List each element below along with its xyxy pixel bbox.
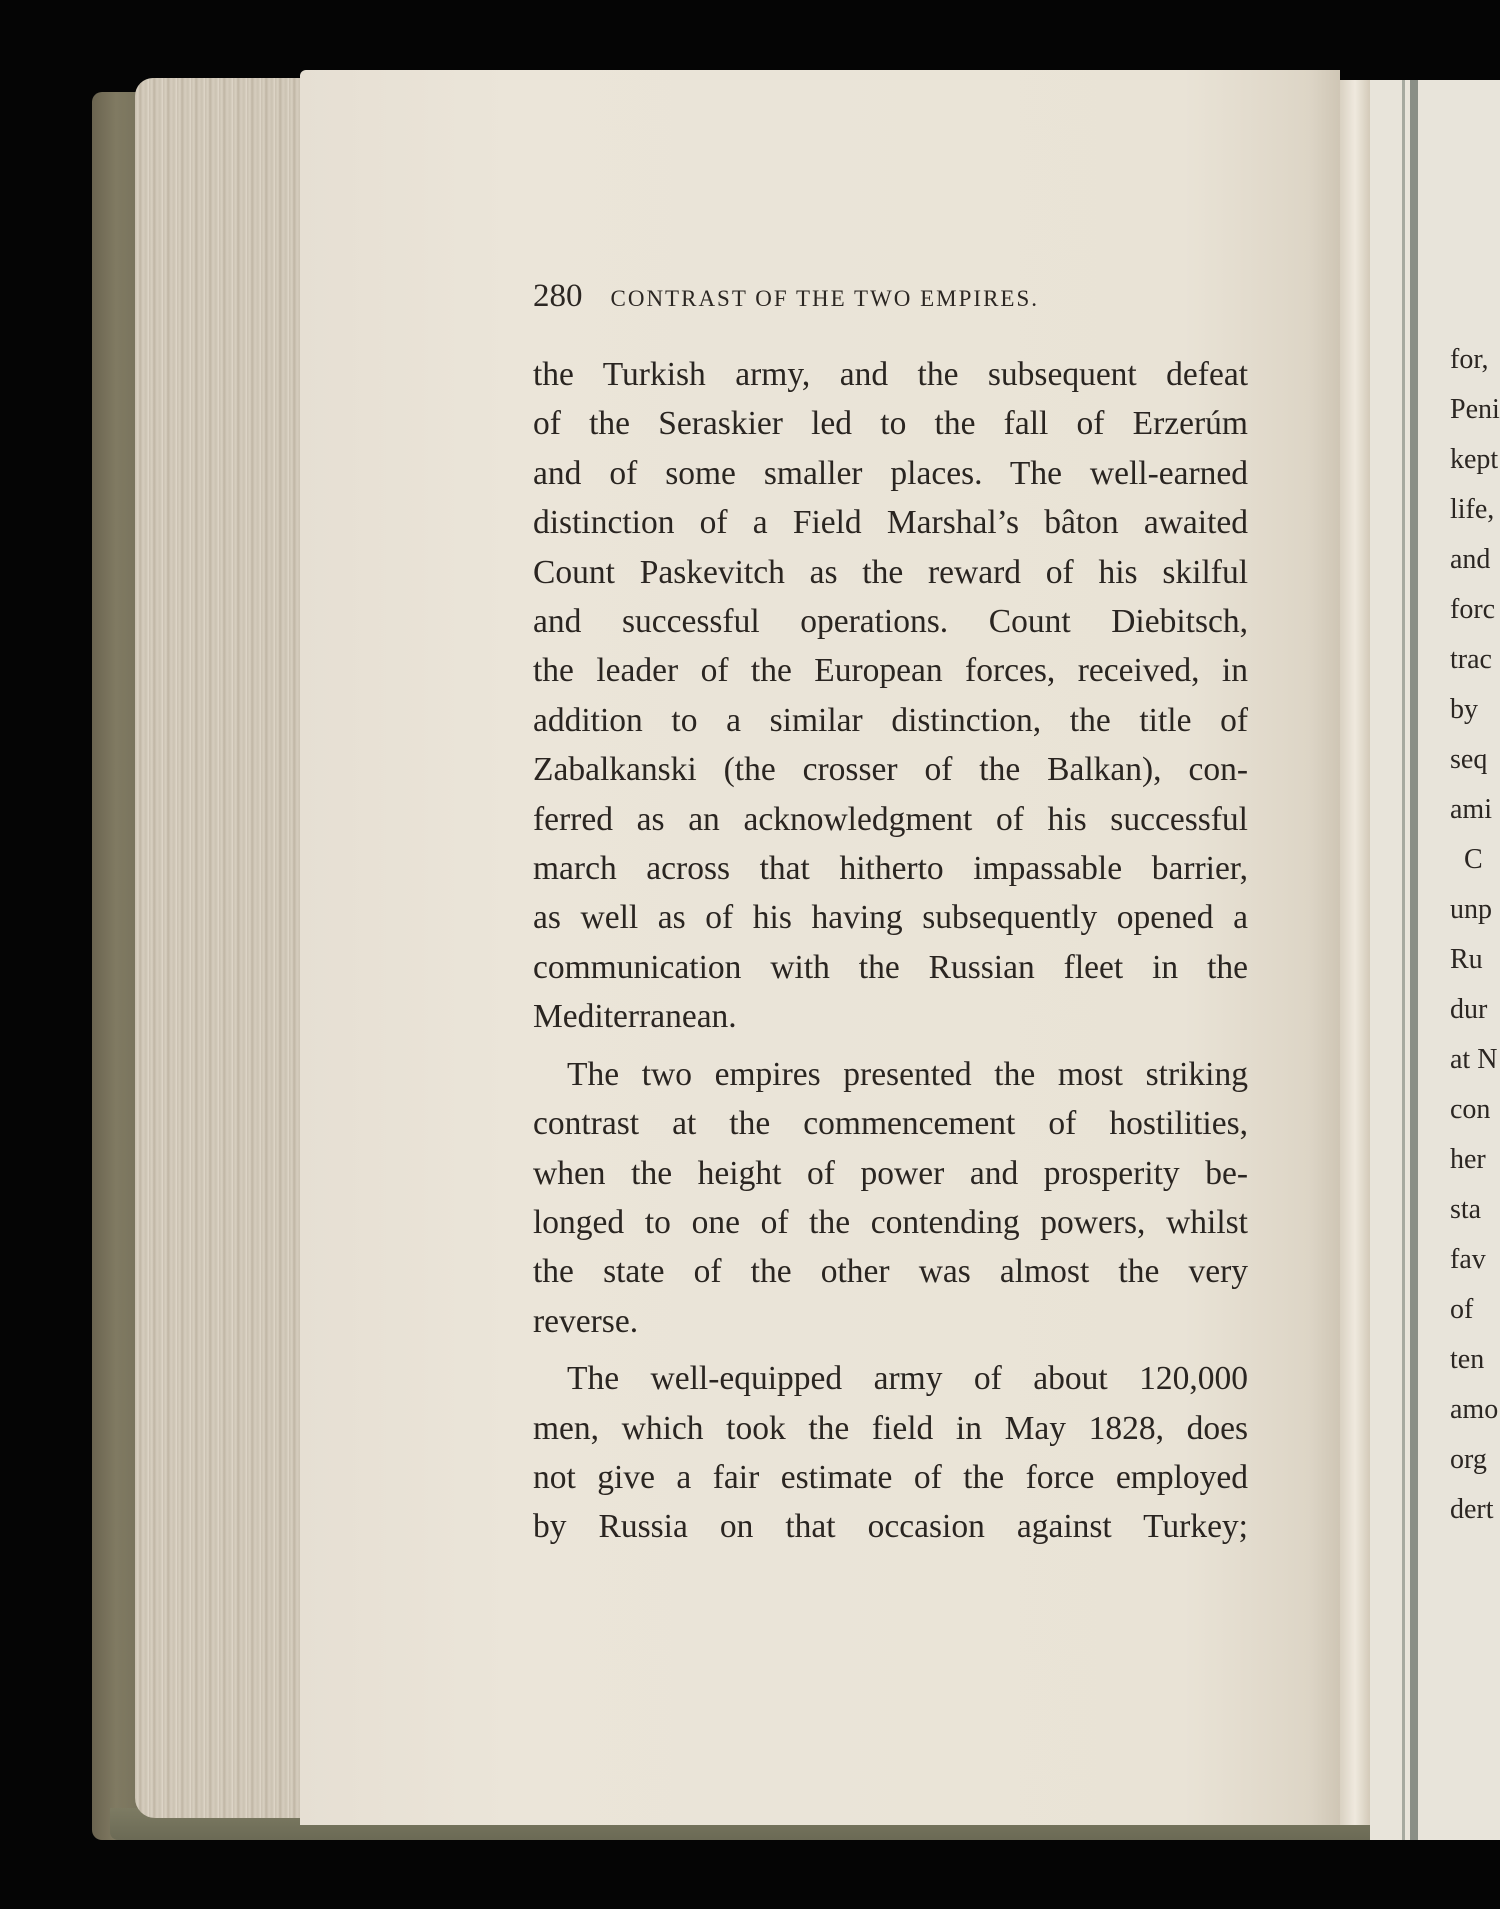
facing-text-fragment: Peni xyxy=(1450,385,1500,435)
text-line: the Turkish army, and the subsequent def… xyxy=(533,350,1248,399)
text-line: the leader of the European forces, recei… xyxy=(533,646,1248,695)
text-line: men, which took the field in May 1828, d… xyxy=(533,1404,1248,1453)
text-line: reverse. xyxy=(533,1297,1248,1346)
text-line: by Russia on that occasion against Turke… xyxy=(533,1502,1248,1551)
facing-text-fragment: dur xyxy=(1450,985,1500,1035)
facing-text-fragment: of xyxy=(1450,1285,1500,1335)
text-line: The well-equipped army of about 120,000 xyxy=(533,1354,1248,1403)
text-line: Zabalkanski (the crosser of the Balkan),… xyxy=(533,745,1248,794)
facing-text-fragment: life, xyxy=(1450,485,1500,535)
facing-text-fragment: her xyxy=(1450,1135,1500,1185)
paragraph-1: the Turkish army, and the subsequent def… xyxy=(533,350,1248,1042)
page-edge-line xyxy=(1410,80,1418,1840)
facing-text-fragment: and xyxy=(1450,535,1500,585)
running-header: 280 CONTRAST OF THE TWO EMPIRES. xyxy=(533,278,1039,315)
text-line: when the height of power and prosperity … xyxy=(533,1149,1248,1198)
text-line: and of some smaller places. The well-ear… xyxy=(533,449,1248,498)
facing-text-fragment: org xyxy=(1450,1435,1500,1485)
text-line: Mediterranean. xyxy=(533,992,1248,1041)
text-line: contrast at the commencement of hostilit… xyxy=(533,1099,1248,1148)
facing-page-text: for, Penikeptlife,andforctracbyseqami Cu… xyxy=(1450,335,1500,1535)
text-line: The two empires presented the most strik… xyxy=(533,1050,1248,1099)
facing-text-fragment: unp xyxy=(1450,885,1500,935)
text-line: as well as of his having subsequently op… xyxy=(533,893,1248,942)
page-number: 280 xyxy=(533,278,583,314)
text-line: longed to one of the contending powers, … xyxy=(533,1198,1248,1247)
text-line: Count Paskevitch as the reward of his sk… xyxy=(533,548,1248,597)
text-line: communication with the Russian fleet in … xyxy=(533,943,1248,992)
facing-text-fragment: C xyxy=(1450,835,1500,885)
text-line: march across that hitherto impassable ba… xyxy=(533,844,1248,893)
facing-text-fragment: Ru xyxy=(1450,935,1500,985)
paragraph-3: The well-equipped army of about 120,000 … xyxy=(533,1354,1248,1552)
text-line: distinction of a Field Marshal’s bâton a… xyxy=(533,498,1248,547)
facing-text-fragment: at N xyxy=(1450,1035,1500,1085)
gutter xyxy=(1340,80,1370,1825)
facing-text-fragment: trac xyxy=(1450,635,1500,685)
text-line: and successful operations. Count Diebits… xyxy=(533,597,1248,646)
running-head-title: CONTRAST OF THE TWO EMPIRES. xyxy=(611,286,1040,311)
text-line: not give a fair estimate of the force em… xyxy=(533,1453,1248,1502)
facing-text-fragment: ten xyxy=(1450,1335,1500,1385)
facing-text-fragment: kept xyxy=(1450,435,1500,485)
facing-text-fragment: by xyxy=(1450,685,1500,735)
facing-text-fragment: fav xyxy=(1450,1235,1500,1285)
facing-text-fragment: forc xyxy=(1450,585,1500,635)
facing-text-fragment: ami xyxy=(1450,785,1500,835)
page-edge-line xyxy=(1402,80,1405,1840)
text-line: addition to a similar distinction, the t… xyxy=(533,696,1248,745)
text-line: of the Seraskier led to the fall of Erze… xyxy=(533,399,1248,448)
facing-text-fragment: for, xyxy=(1450,335,1500,385)
facing-text-fragment: seq xyxy=(1450,735,1500,785)
paragraph-2: The two empires presented the most strik… xyxy=(533,1050,1248,1346)
facing-text-fragment: sta xyxy=(1450,1185,1500,1235)
text-line: ferred as an acknowledgment of his succe… xyxy=(533,795,1248,844)
page-edges xyxy=(135,78,315,1818)
facing-text-fragment: amo xyxy=(1450,1385,1500,1435)
page-body: the Turkish army, and the subsequent def… xyxy=(533,350,1248,1552)
facing-text-fragment: con xyxy=(1450,1085,1500,1135)
text-line: the state of the other was almost the ve… xyxy=(533,1247,1248,1296)
facing-text-fragment: dert xyxy=(1450,1485,1500,1535)
